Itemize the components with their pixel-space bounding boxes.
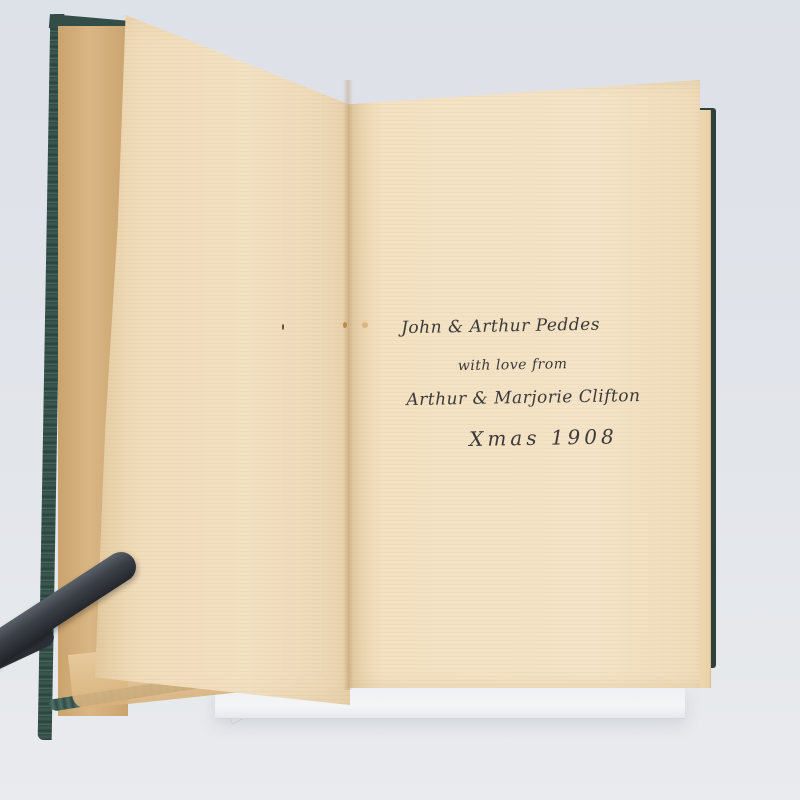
inscription-recipients: John & Arthur Peddes (401, 317, 600, 337)
foxing-spot (362, 322, 368, 328)
book-photo-scene: John & Arthur Peddes with love from Arth… (0, 0, 800, 800)
ink-speck (282, 324, 284, 330)
inscription-date: Xmas 1908 (469, 426, 618, 449)
inscription-givers: Arthur & Marjorie Clifton (406, 388, 640, 409)
right-page-inscribed (348, 80, 700, 688)
foxing-spot (343, 322, 347, 328)
book-gutter (343, 80, 353, 690)
left-page-free-endpaper (95, 15, 350, 705)
inscription-with-love: with love from (458, 357, 568, 373)
